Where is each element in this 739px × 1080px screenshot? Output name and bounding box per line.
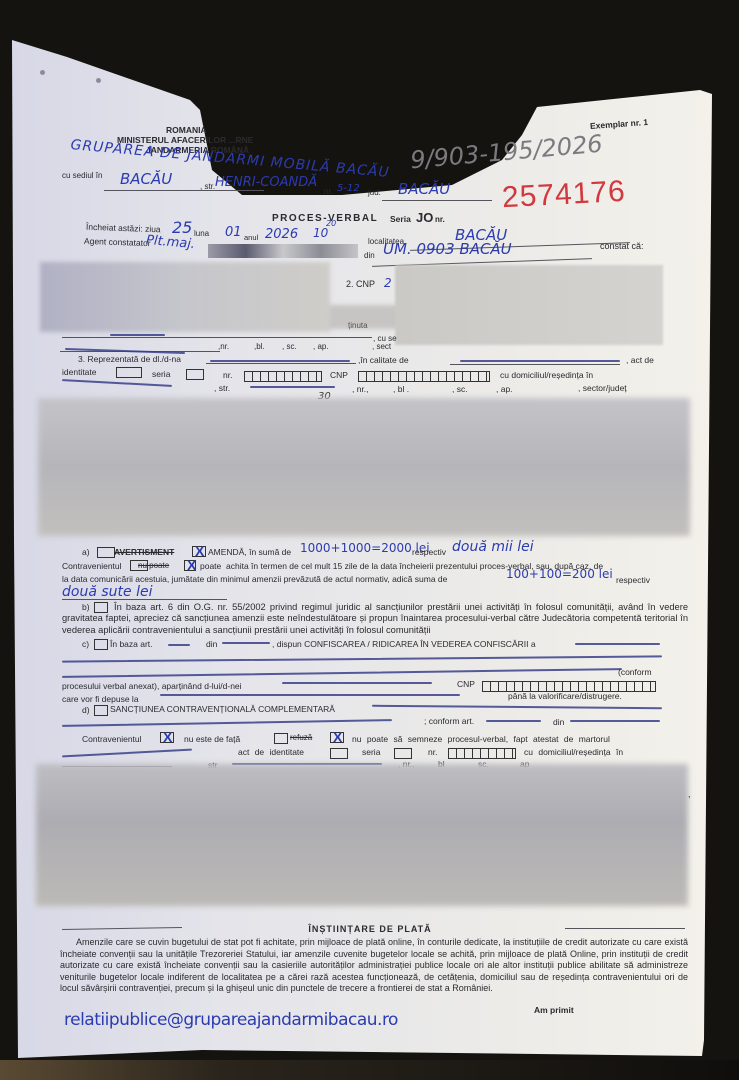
fine-respectiv: respectiv bbox=[412, 548, 446, 557]
number-label: nr. bbox=[324, 188, 333, 196]
agent-rank: Plt.maj. bbox=[146, 234, 196, 251]
street-label: , str. bbox=[200, 183, 215, 191]
pen-stroke bbox=[62, 668, 622, 678]
sanction-c-text: , dispun CONFISCAREA / RIDICAREA ÎN VEDE… bbox=[272, 640, 536, 649]
pen-stroke bbox=[168, 644, 190, 646]
pen-stroke bbox=[250, 386, 335, 388]
agent-unit: UM. 0903 BACĂU bbox=[383, 242, 512, 257]
sanction-a-prefix: a) bbox=[82, 548, 90, 557]
nr-box[interactable] bbox=[244, 371, 322, 382]
number-value: 5-12 bbox=[337, 184, 360, 194]
section3-ap: , ap. bbox=[496, 385, 513, 394]
section3-nr2: , nr., bbox=[352, 385, 369, 394]
signature-seria: seria bbox=[362, 748, 380, 757]
fill-line bbox=[450, 364, 620, 365]
sanction-c-prefix: c) bbox=[82, 640, 89, 649]
redacted-agent-name bbox=[208, 244, 358, 258]
sanction-c-cnp: CNP bbox=[457, 680, 475, 689]
pen-stroke bbox=[110, 334, 165, 336]
redacted-facts-description bbox=[38, 398, 690, 536]
fine-words: două mii lei bbox=[452, 540, 534, 554]
not-present-checkbox[interactable] bbox=[160, 732, 174, 743]
handwritten-email: relatiipublice@grupareajandarmibacau.ro bbox=[64, 1012, 398, 1029]
can-pay-checkbox[interactable] bbox=[184, 560, 196, 571]
month-label: luna bbox=[194, 230, 209, 238]
cnp-box[interactable] bbox=[358, 371, 490, 382]
pen-stroke bbox=[486, 720, 541, 722]
sanction-d-prefix: d) bbox=[82, 706, 90, 715]
section3-capacity: ,în calitate de bbox=[358, 356, 409, 365]
address-ap: , ap. bbox=[313, 343, 329, 351]
pen-stroke bbox=[575, 643, 660, 645]
fine-amount: 1000+1000=2000 lei bbox=[300, 542, 430, 554]
signature-seria-box[interactable] bbox=[394, 748, 412, 759]
signature-nr-box[interactable] bbox=[448, 748, 516, 759]
redacted-personal-data bbox=[40, 262, 330, 332]
fill-line bbox=[206, 363, 356, 364]
cannot-sign-label: nu poate să semneze procesul-verbal, fap… bbox=[352, 735, 610, 744]
pen-stroke bbox=[460, 360, 620, 362]
serial-number: 2574176 bbox=[501, 175, 626, 215]
section3-label: 3. Reprezentată de dl./d-na bbox=[78, 355, 181, 364]
address-bl: ,bl. bbox=[254, 343, 265, 351]
address-sc: , sc. bbox=[282, 343, 297, 351]
fill-line bbox=[62, 599, 227, 600]
warning-checkbox[interactable] bbox=[97, 547, 115, 558]
half-respectiv: respectiv bbox=[616, 576, 650, 585]
not-present-label: nu este de față bbox=[184, 735, 240, 744]
cnp-label: 2. CNP bbox=[346, 280, 375, 289]
cannot-pay-label: nu poate bbox=[138, 562, 169, 570]
sanction-d-conform: ; conform art. bbox=[424, 717, 474, 726]
pen-stroke bbox=[62, 719, 392, 727]
sanction-c-label: În baza art. bbox=[110, 640, 153, 649]
section3-identity: identitate bbox=[62, 368, 97, 377]
section3-sc: , sc. bbox=[452, 385, 468, 394]
proces-verbal-document: ROMANIA MINISTERUL AFACERILOR ...RNE JAN… bbox=[0, 0, 739, 1080]
pen-stroke bbox=[222, 642, 270, 644]
sanction-c-line3: care vor fi depuse la bbox=[62, 695, 139, 704]
section3-nr: nr. bbox=[223, 371, 232, 380]
sanction-d-din: din bbox=[553, 718, 564, 727]
signature-id-box[interactable] bbox=[330, 748, 348, 759]
concluded-month: 01 bbox=[225, 226, 242, 239]
section3-str: , str. bbox=[214, 384, 230, 393]
pen-stroke bbox=[570, 720, 660, 722]
agent-unit-label: din bbox=[364, 252, 375, 260]
concluded-label: Încheiat astăzi: ziua bbox=[86, 223, 161, 234]
agent-label: Agent constatator bbox=[84, 237, 151, 248]
edge-mark: , bbox=[688, 790, 691, 799]
pen-stroke bbox=[372, 705, 662, 710]
address-nr: ,nr. bbox=[218, 343, 229, 351]
section3-cnp: CNP bbox=[330, 371, 348, 380]
section3-act: , act de bbox=[626, 356, 654, 365]
section3-bl: , bl . bbox=[393, 385, 409, 394]
payment-text-2: la data comunicării acestuia, jumătate d… bbox=[62, 575, 447, 584]
fine-label: AMENDĂ, în sumă de bbox=[208, 548, 291, 557]
section3-seria: seria bbox=[152, 370, 170, 379]
signature-nr: nr. bbox=[428, 748, 437, 757]
sanction-c-conform: (conform bbox=[618, 668, 652, 677]
header-country: ROMANIA bbox=[166, 126, 207, 135]
fill-line bbox=[62, 337, 372, 338]
can-pay-label: poate bbox=[200, 562, 221, 571]
sanction-d-checkbox[interactable] bbox=[94, 705, 108, 716]
warning-label: AVERTISMENT bbox=[114, 548, 174, 557]
cannot-sign-checkbox[interactable] bbox=[330, 732, 344, 743]
seat-line bbox=[104, 190, 264, 191]
nr-label: nr. bbox=[435, 216, 445, 224]
series-label: Seria bbox=[390, 215, 411, 224]
redacted-witness-details bbox=[36, 764, 688, 906]
sanction-c-din: din bbox=[206, 640, 217, 649]
concluded-year: 2026 bbox=[265, 228, 298, 241]
sanction-c-line2: procesului verbal anexat), aparținând d-… bbox=[62, 682, 242, 691]
pen-stroke bbox=[62, 655, 662, 662]
pen-stroke bbox=[210, 360, 350, 362]
checkbox[interactable] bbox=[116, 367, 142, 378]
address-sect: , sect bbox=[372, 343, 391, 351]
year-label: anul bbox=[244, 234, 258, 242]
county-label: jud. bbox=[368, 189, 381, 197]
cnp-partial: 2 bbox=[384, 277, 392, 289]
pen-stroke bbox=[62, 749, 192, 758]
received-label: Am primit bbox=[534, 1006, 574, 1015]
section3-domicile: cu domiciliul/reședința în bbox=[500, 371, 593, 380]
signature-contravenient: Contravenientul bbox=[82, 735, 142, 744]
concluded-hour: 10 bbox=[313, 227, 328, 239]
copy-label: Exemplar nr. 1 bbox=[590, 118, 649, 131]
half-words: două sute lei bbox=[62, 585, 152, 599]
sanction-c-checkbox[interactable] bbox=[94, 639, 108, 650]
half-amount: 100+100=200 lei bbox=[506, 568, 613, 580]
section3-sector: , sector/județ bbox=[578, 384, 627, 393]
field-fragment: ținuta bbox=[348, 322, 368, 330]
sanction-c-until: până la valorificare/distrugere. bbox=[508, 692, 622, 701]
registry-number: 9/903-195/2026 bbox=[409, 130, 604, 175]
refuses-label: refuză bbox=[290, 734, 312, 742]
payment-notice-text: Amenzile care se cuvin bugetului de stat… bbox=[60, 937, 688, 995]
seat-city: BACĂU bbox=[120, 172, 172, 187]
signature-domicile: cu domiciliul/reședința în bbox=[524, 748, 623, 757]
pen-stroke bbox=[282, 682, 432, 684]
divider bbox=[62, 927, 182, 930]
county-line bbox=[382, 200, 492, 201]
signature-id-act: act de identitate bbox=[238, 748, 304, 757]
fine-checkbox[interactable] bbox=[192, 546, 206, 557]
series-value: JO bbox=[416, 211, 433, 224]
payment-notice-title: ÎNȘTIINȚARE DE PLATĂ bbox=[270, 925, 470, 934]
pen-stroke bbox=[160, 694, 460, 696]
county-value: BACĂU bbox=[398, 182, 450, 197]
redacted-personal-data bbox=[395, 265, 663, 345]
refuses-checkbox[interactable] bbox=[274, 733, 288, 744]
pen-stroke bbox=[62, 379, 172, 387]
divider bbox=[565, 928, 685, 929]
sanction-d-label: SANCȚIUNEA CONTRAVENȚIONALĂ COMPLEMENTAR… bbox=[110, 705, 335, 714]
seria-box[interactable] bbox=[186, 369, 204, 380]
found-label: constat că: bbox=[600, 242, 644, 251]
payment-contravenient: Contravenientul bbox=[62, 562, 122, 571]
seat-label: cu sediul în bbox=[62, 172, 102, 180]
sanction-b-text: În baza art. 6 din O.G. nr. 55/2002 priv… bbox=[62, 602, 688, 636]
concluded-minute: 20 bbox=[326, 220, 336, 228]
concluded-day: 25 bbox=[172, 220, 192, 236]
street-value: HENRI-COANDĂ bbox=[215, 176, 317, 189]
